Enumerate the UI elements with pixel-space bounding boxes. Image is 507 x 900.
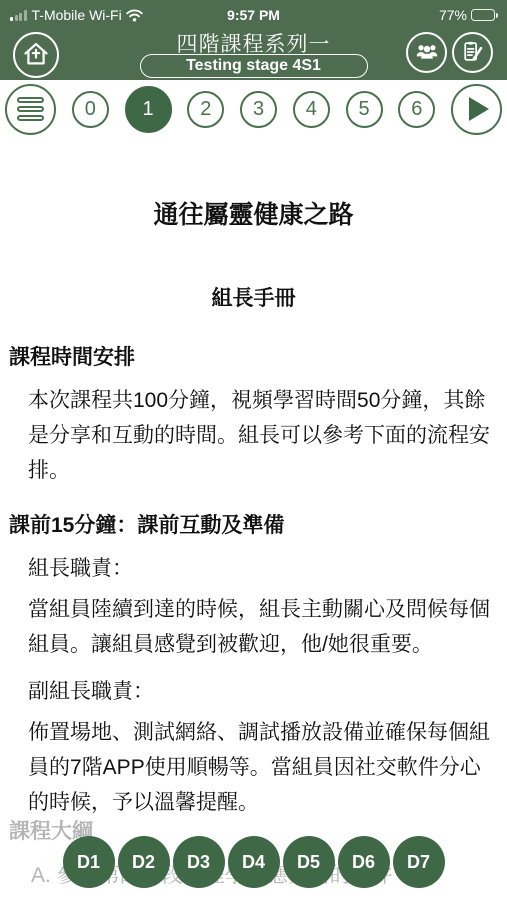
- notes-button[interactable]: [452, 32, 493, 73]
- step-button-0[interactable]: 0: [72, 91, 109, 128]
- app-screen: T-Mobile Wi-Fi 9:57 PM 77% 四階課程系列一 Testi…: [0, 0, 507, 900]
- day-button-d6[interactable]: D6: [338, 836, 390, 888]
- day-button-d3[interactable]: D3: [173, 836, 225, 888]
- day-button-d5[interactable]: D5: [283, 836, 335, 888]
- step-button-6[interactable]: 6: [398, 91, 435, 128]
- step-button-1-selected[interactable]: 1: [125, 86, 172, 133]
- lesson-step-bar: 0 1 2 3 4 5 6: [0, 80, 507, 138]
- members-button[interactable]: [406, 32, 447, 73]
- clock: 9:57 PM: [0, 7, 507, 23]
- play-icon: [469, 97, 489, 121]
- section-body-schedule: 本次課程共100分鐘，視頻學習時間50分鐘，其餘是分享和互動的時間。組長可以參考…: [28, 383, 498, 488]
- step-button-4[interactable]: 4: [293, 91, 330, 128]
- hamburger-menu-button[interactable]: [5, 84, 56, 135]
- body-leader-duty: 當組員陸續到達的時候，組長主動關心及問候每個組員。讓組員感覺到被歡迎，他/她很重…: [28, 592, 498, 662]
- stage-button[interactable]: Testing stage 4S1: [140, 54, 368, 78]
- subheading-leader-duty: 組長職責：: [28, 555, 498, 582]
- step-button-3[interactable]: 3: [240, 91, 277, 128]
- day-button-d1[interactable]: D1: [63, 836, 115, 888]
- step-button-5[interactable]: 5: [346, 91, 383, 128]
- document-content: 通往屬靈健康之路 組長手冊 課程時間安排 本次課程共100分鐘，視頻學習時間50…: [0, 138, 507, 820]
- day-button-d7[interactable]: D7: [393, 836, 445, 888]
- day-button-row: D1 D2 D3 D4 D5 D6 D7: [0, 836, 507, 888]
- subheading-coleader-duty: 副組長職責：: [28, 678, 498, 705]
- document-subtitle: 組長手冊: [9, 286, 498, 312]
- status-bar: T-Mobile Wi-Fi 9:57 PM 77%: [0, 0, 507, 26]
- section-heading-schedule: 課程時間安排: [9, 344, 498, 371]
- day-button-d4[interactable]: D4: [228, 836, 280, 888]
- home-icon: [22, 40, 50, 71]
- day-button-d2[interactable]: D2: [118, 836, 170, 888]
- header: T-Mobile Wi-Fi 9:57 PM 77% 四階課程系列一 Testi…: [0, 0, 507, 80]
- play-button[interactable]: [451, 84, 502, 135]
- hamburger-menu-icon: [17, 97, 44, 103]
- document-title: 通往屬靈健康之路: [9, 200, 498, 230]
- clipboard-pencil-icon: [460, 39, 485, 67]
- body-coleader-duty: 佈置場地、測試網絡、調試播放設備並確保每個組員的7階APP使用順暢等。當組員因社…: [28, 715, 498, 820]
- step-button-2[interactable]: 2: [187, 91, 224, 128]
- section-heading-pre-class: 課前15分鐘：課前互動及準備: [9, 512, 498, 539]
- people-group-icon: [414, 38, 440, 67]
- home-button[interactable]: [13, 32, 59, 78]
- battery-icon: [471, 9, 495, 21]
